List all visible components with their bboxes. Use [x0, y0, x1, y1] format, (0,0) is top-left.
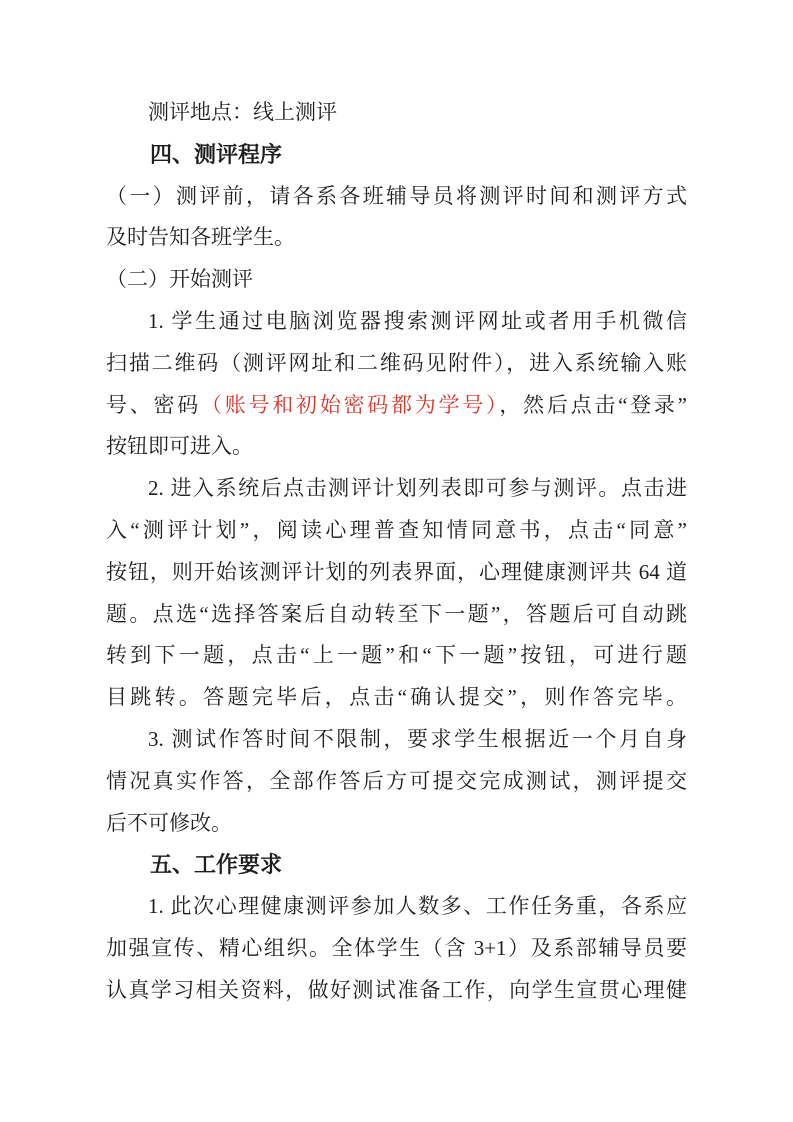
- doc-text-segment: 号、密码: [106, 393, 201, 417]
- doc-text-segment: ，然后点击“登录”: [499, 393, 687, 417]
- doc-line: 按钮即可进入。: [106, 426, 687, 468]
- red-highlight-note: （账号和初始密码都为学号）: [201, 393, 499, 417]
- doc-line: 按钮，则开始该测评计划的列表界面，心理健康测评共 64 道: [106, 552, 687, 594]
- doc-line: 及时告知各班学生。: [106, 217, 687, 259]
- doc-line: 1. 学生通过电脑浏览器搜索测评网址或者用手机微信: [106, 301, 687, 343]
- doc-line: 认真学习相关资料，做好测试准备工作，向学生宣贯心理健: [106, 970, 687, 1012]
- doc-line: 情况真实作答，全部作答后方可提交完成测试，测评提交: [106, 761, 687, 803]
- doc-line: 目跳转。答题完毕后，点击“确认提交”，则作答完毕。: [106, 677, 687, 719]
- doc-line-subsection-2: （二）开始测评: [106, 259, 687, 301]
- doc-line: 题。点选“选择答案后自动转至下一题”，答题后可自动跳: [106, 594, 687, 636]
- doc-line: 3. 测试作答时间不限制，要求学生根据近一个月自身: [106, 719, 687, 761]
- doc-line: 扫描二维码（测评网址和二维码见附件），进入系统输入账: [106, 343, 687, 385]
- doc-line: （一）测评前，请各系各班辅导员将测评时间和测评方式: [106, 176, 687, 218]
- document-page: { "page": { "colors": { "background": "#…: [0, 0, 793, 1122]
- section-heading-4-test-procedure: 四、测评程序: [106, 134, 687, 176]
- document-body: 测评地点：线上测评 四、测评程序 （一）测评前，请各系各班辅导员将测评时间和测评…: [106, 92, 687, 1012]
- doc-line: 1. 此次心理健康测评参加人数多、工作任务重，各系应: [106, 886, 687, 928]
- doc-line: 后不可修改。: [106, 803, 687, 845]
- section-heading-5-work-requirements: 五、工作要求: [106, 844, 687, 886]
- doc-line: 2. 进入系统后点击测评计划列表即可参与测评。点击进: [106, 468, 687, 510]
- doc-line: 加强宣传、精心组织。全体学生（含 3+1）及系部辅导员要: [106, 928, 687, 970]
- doc-line: 入“测评计划”，阅读心理普查知情同意书，点击“同意”: [106, 510, 687, 552]
- doc-line: 转到下一题，点击“上一题”和“下一题”按钮，可进行题: [106, 635, 687, 677]
- doc-line-with-red-note: 号、密码（账号和初始密码都为学号），然后点击“登录”: [106, 385, 687, 427]
- doc-line-test-location: 测评地点：线上测评: [106, 92, 687, 134]
